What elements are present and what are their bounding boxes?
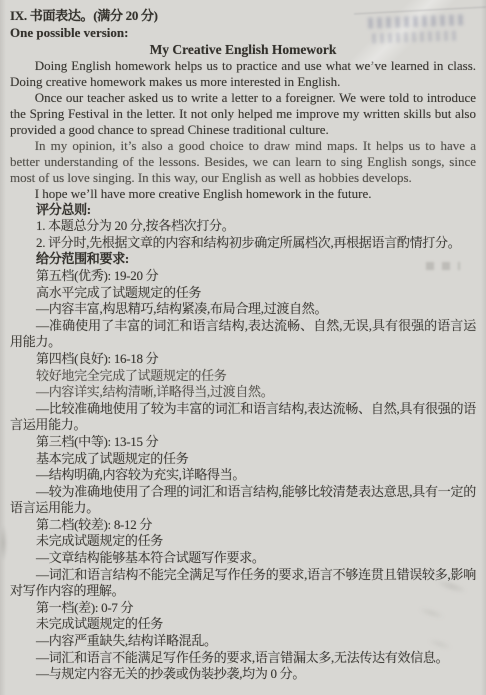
band-criterion: —内容严重缺失,结构详略混乱。	[10, 633, 476, 650]
band-criterion: —内容详实,结构清晰,详略得当,过渡自然。	[10, 384, 476, 401]
scan-edge-shadow	[0, 0, 6, 695]
band-summary: 较好地完全完成了试题规定的任务	[10, 368, 476, 385]
band-summary: 未完成试题规定的任务	[10, 533, 476, 550]
scoring-general-rule: 1. 本题总分为 20 分,按各档次打分。	[10, 218, 476, 235]
essay-title: My Creative English Homework	[10, 41, 476, 58]
band-label: 第二档(较差): 8-12 分	[10, 517, 476, 534]
band-criterion: —比较准确地使用了较为丰富的词汇和语言结构,表达流畅、自然,具有很强的语言运用能…	[10, 401, 476, 434]
band-criterion: —文章结构能够基本符合试题写作要求。	[10, 550, 476, 567]
band-label: 第三档(中等): 13-15 分	[10, 434, 476, 451]
scanned-document-page: IX. 书面表达。(满分 20 分) One possible version:…	[0, 0, 486, 695]
range-heading: 给分范围和要求:	[10, 251, 476, 268]
essay-paragraph: Doing English homework helps us to pract…	[10, 58, 476, 90]
band-summary: 高水平完成了试题规定的任务	[10, 285, 476, 302]
section-heading: IX. 书面表达。(满分 20 分)	[10, 8, 476, 25]
band-summary: 未完成试题规定的任务	[10, 616, 476, 633]
essay-paragraph: In my opinion, it’s also a good choice t…	[10, 138, 476, 186]
version-label: One possible version:	[10, 25, 476, 41]
band-criterion: —结构明确,内容较为充实,详略得当。	[10, 467, 476, 484]
band-criterion: —与规定内容无关的抄袭或伪装抄袭,均为 0 分。	[10, 666, 476, 683]
band-summary: 基本完成了试题规定的任务	[10, 451, 476, 468]
band-label: 第一档(差): 0-7 分	[10, 600, 476, 617]
band-label: 第五档(优秀): 19-20 分	[10, 268, 476, 285]
band-criterion: —词汇和语言不能满足写作任务的要求,语言错漏太多,无法传达有效信息。	[10, 650, 476, 667]
band-criterion: —较为准确地使用了合理的词汇和语言结构,能够比较清楚表达意思,具有一定的语言运用…	[10, 484, 476, 517]
scoring-general-heading: 评分总则:	[10, 202, 476, 219]
band-label: 第四档(良好): 16-18 分	[10, 351, 476, 368]
essay-paragraph: Once our teacher asked us to write a let…	[10, 90, 476, 138]
scan-edge-shadow	[481, 0, 486, 695]
band-criterion: —词汇和语言结构不能完全满足写作任务的要求,语言不够连贯且错误较多,影响对写作内…	[10, 567, 476, 600]
scoring-general-rule: 2. 评分时,先根据文章的内容和结构初步确定所属档次,再根据语言酌情打分。	[10, 235, 476, 252]
band-criterion: —准确使用了丰富的词汇和语言结构,表达流畅、自然,无误,具有很强的语言运用能力。	[10, 318, 476, 351]
essay-paragraph: I hope we’ll have more creative English …	[10, 186, 476, 202]
band-criterion: —内容丰富,构思精巧,结构紧凑,布局合理,过渡自然。	[10, 301, 476, 318]
